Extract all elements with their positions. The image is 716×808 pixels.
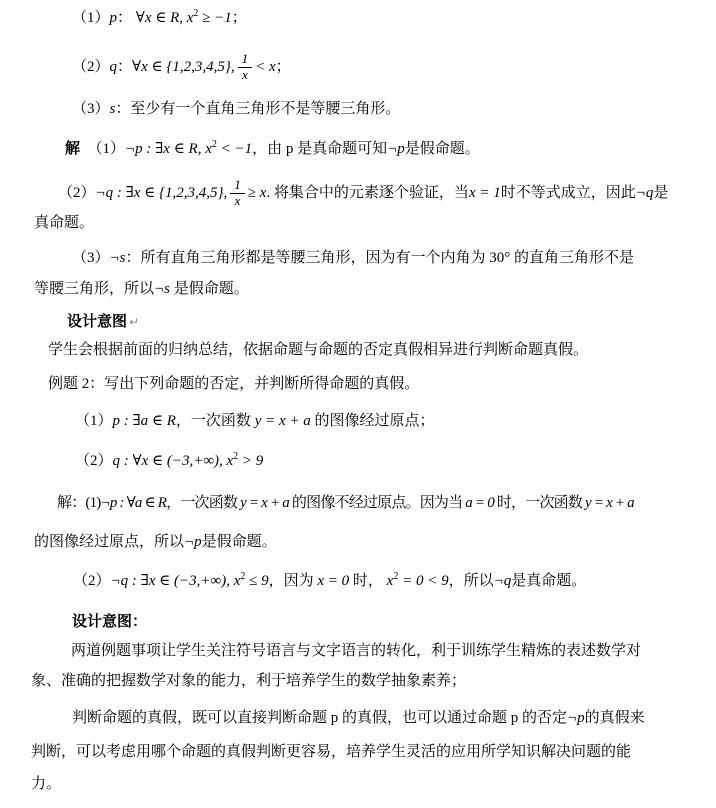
math-run: ≥ −1 [198,10,231,26]
math-run: > 9 [238,453,263,469]
text-run: ： [117,10,136,26]
text-run: 的图像经过原点，所以 [34,534,184,550]
math-run: < x [255,58,276,77]
text-run: 时， [349,573,387,589]
text-run: （3） [72,101,110,117]
text-run: ：至少有一个直角三角形不是等腰三角形。 [115,101,400,117]
text-run: . 将集合中的元素逐个验证，当 [266,184,469,203]
design-intent-2-body2-cont: 判断，可以考虑用哪个命题的真假判断更容易，培养学生灵活的应用所学知识解决问题的能 [31,743,631,762]
fraction-numerator: 1 [238,52,253,68]
design-intent-2-body1: 两道例题事项让学生关注符号语言与文字语言的转化，利于训练学生精炼的表述数学对 [71,642,641,661]
text-run: 时不等式成立，因此 [501,184,636,203]
math-run: p [110,10,118,26]
text-run: 是假命题。 [202,534,277,550]
text-run: ； [232,10,247,26]
math-run: q [110,58,118,77]
math-run: ¬s [110,250,126,266]
text-run: 的直角三角形不是 [510,250,634,266]
fraction: 1x [238,52,253,83]
math-run: ¬q : ∃x ∈ {1,2,3,4,5}, [96,184,228,203]
math-run: q : ∀x ∈ (−3,+∞), x [113,453,234,469]
text-run: ：所有直角三角形都是等腰三角形，因为有一个内角为 [125,250,489,266]
text-run: 判断，可以考虑用哪个命题的真假判断更容易，培养学生灵活的应用所学知识解决问题的能 [31,744,631,760]
text-run: ，一次函数 [176,413,255,429]
math-run: y = x + a [585,495,634,511]
math-run: ¬p [567,710,585,726]
text-run: 判断命题的真假，既可以直接判断命题 [72,710,331,726]
text-run: 的图像不经过原点。因为当 [289,495,465,511]
paragraph-mark-icon: ↵ [129,315,139,329]
fraction: 1x [230,178,245,209]
math-run: x = 0 [317,573,349,589]
design-intent-1-heading: 设计意图↵ [67,312,139,332]
math-run: ∀x ∈ R, x [136,10,194,26]
bold-heading-run: 设计意图： [72,612,147,630]
math-run: ¬p : ∀a ∈ R [101,495,167,511]
text-run: （2） [58,184,96,203]
math-run: ≤ 9 [245,573,268,589]
text-run: （1） [80,141,125,157]
solution2-part2: （2）¬q : ∃x ∈ (−3,+∞), x2 ≤ 9，因为 x = 0 时，… [73,572,586,591]
text-run: 的真假，也可以通过命题 [338,710,511,726]
solution1-part3: （3）¬s：所有直角三角形都是等腰三角形，因为有一个内角为 30° 的直角三角形… [72,249,634,268]
design-intent-2-body2-end: 力。 [31,775,61,794]
text-run: （1） [72,10,110,26]
text-run: 真命题。 [34,215,94,231]
solution1-part2-cont: 真命题。 [34,214,94,233]
math-run: ≥ x [248,184,267,203]
example2-title: 例题 2：写出下列命题的否定，并判断所得命题的真假。 [48,375,419,394]
solution2-part1-cont: 的图像经过原点，所以¬p是假命题。 [34,533,277,552]
bold-heading-run: 解 [65,139,80,157]
text-run: 是 [653,184,668,203]
fraction-denominator: x [242,68,248,83]
text-run: 的否定 [518,710,567,726]
text-run: 力。 [31,776,61,792]
text-run: 象、准确的把握数学对象的能力，利于培养学生的数学抽象素养； [31,673,466,689]
design-intent-2-body2: 判断命题的真假，既可以直接判断命题 p 的真假，也可以通过命题 p 的否定¬p的… [72,709,645,728]
roman-run: 30° [489,250,510,266]
solution2-part1: 解：(1)¬p : ∀a ∈ R，一次函数 y = x + a 的图像不经过原点… [57,494,634,513]
text-run: ，一次函数 [166,495,240,511]
text-run: （2） [75,453,113,469]
text-run: ，所以 [449,573,494,589]
fraction-numerator: 1 [230,178,245,194]
text-run: 的真假来 [585,710,645,726]
math-run: y = x + a [240,495,289,511]
text-run: ，由 [252,141,286,157]
bold-heading-run: 设计意图 [67,312,127,330]
math-run: ¬q [494,573,512,589]
math-run: ¬p [184,534,202,550]
design-intent-2-body1-cont: 象、准确的把握数学对象的能力，利于培养学生的数学抽象素养； [31,672,466,691]
math-run: < −1 [217,141,252,157]
text-run: （2） [73,573,111,589]
text-run: ； [276,58,291,77]
design-intent-2-heading: 设计意图： [72,612,147,632]
math-run: ¬s [154,281,170,297]
text-run: 例题 2：写出下列命题的否定，并判断所得命题的真假。 [48,376,419,392]
fraction-denominator: x [235,194,241,209]
example2-item2: （2）q : ∀x ∈ (−3,+∞), x2 > 9 [75,452,263,471]
math-run: x = 1 [469,184,501,203]
math-run: ¬p : ∃x ∈ R, x [125,141,212,157]
text-run: 等腰三角形，所以 [34,281,154,297]
text-run: 解：(1) [57,495,101,511]
design-intent-1-body: 学生会根据前面的归纳总结，依据命题与命题的否定真假相异进行判断命题真假。 [48,341,588,360]
problem1-item2: （2）q： ∀x ∈ {1,2,3,4,5},1x< x； [72,46,291,88]
solution1-part2: （2）¬q : ∃x ∈ {1,2,3,4,5},1x≥ x. 将集合中的元素逐… [58,172,668,214]
math-run: ∀x ∈ {1,2,3,4,5}, [132,58,235,77]
math-run: ¬q : ∃x ∈ (−3,+∞), x [111,573,241,589]
document-page: （1）p： ∀x ∈ R, x2 ≥ −1；（2）q： ∀x ∈ {1,2,3,… [0,0,716,808]
math-run: ¬q [636,184,654,203]
text-run: 的图像经过原点； [311,413,435,429]
text-run: 是真命题可知 [293,141,387,157]
text-run: ： [117,58,132,77]
text-run: （3） [72,250,110,266]
text-run: 是假命题。 [170,281,249,297]
math-run: a = 0 [465,495,494,511]
math-run: ¬p [387,141,405,157]
math-run: = 0 < 9 [398,573,448,589]
math-run: p : ∃a ∈ R [113,413,176,429]
text-run: 是真命题。 [511,573,586,589]
text-run: 是假命题。 [405,141,480,157]
problem1-item3: （3）s：至少有一个直角三角形不是等腰三角形。 [72,100,400,119]
text-run: ，因为 [269,573,318,589]
text-run: 两道例题事项让学生关注符号语言与文字语言的转化，利于训练学生精炼的表述数学对 [71,643,641,659]
math-run: y = x + a [255,413,311,429]
solution1-part1: 解 （1）¬p : ∃x ∈ R, x2 < −1，由 p 是真命题可知¬p是假… [65,139,480,159]
problem1-item1: （1）p： ∀x ∈ R, x2 ≥ −1； [72,9,247,28]
text-run: 学生会根据前面的归纳总结，依据命题与命题的否定真假相异进行判断命题真假。 [48,342,588,358]
solution1-part3-cont: 等腰三角形，所以¬s 是假命题。 [34,280,249,299]
text-run: （2） [72,58,110,77]
text-run: （1） [75,413,113,429]
example2-item1: （1）p : ∃a ∈ R，一次函数 y = x + a 的图像经过原点； [75,412,435,431]
text-run: 时，一次函数 [494,495,585,511]
